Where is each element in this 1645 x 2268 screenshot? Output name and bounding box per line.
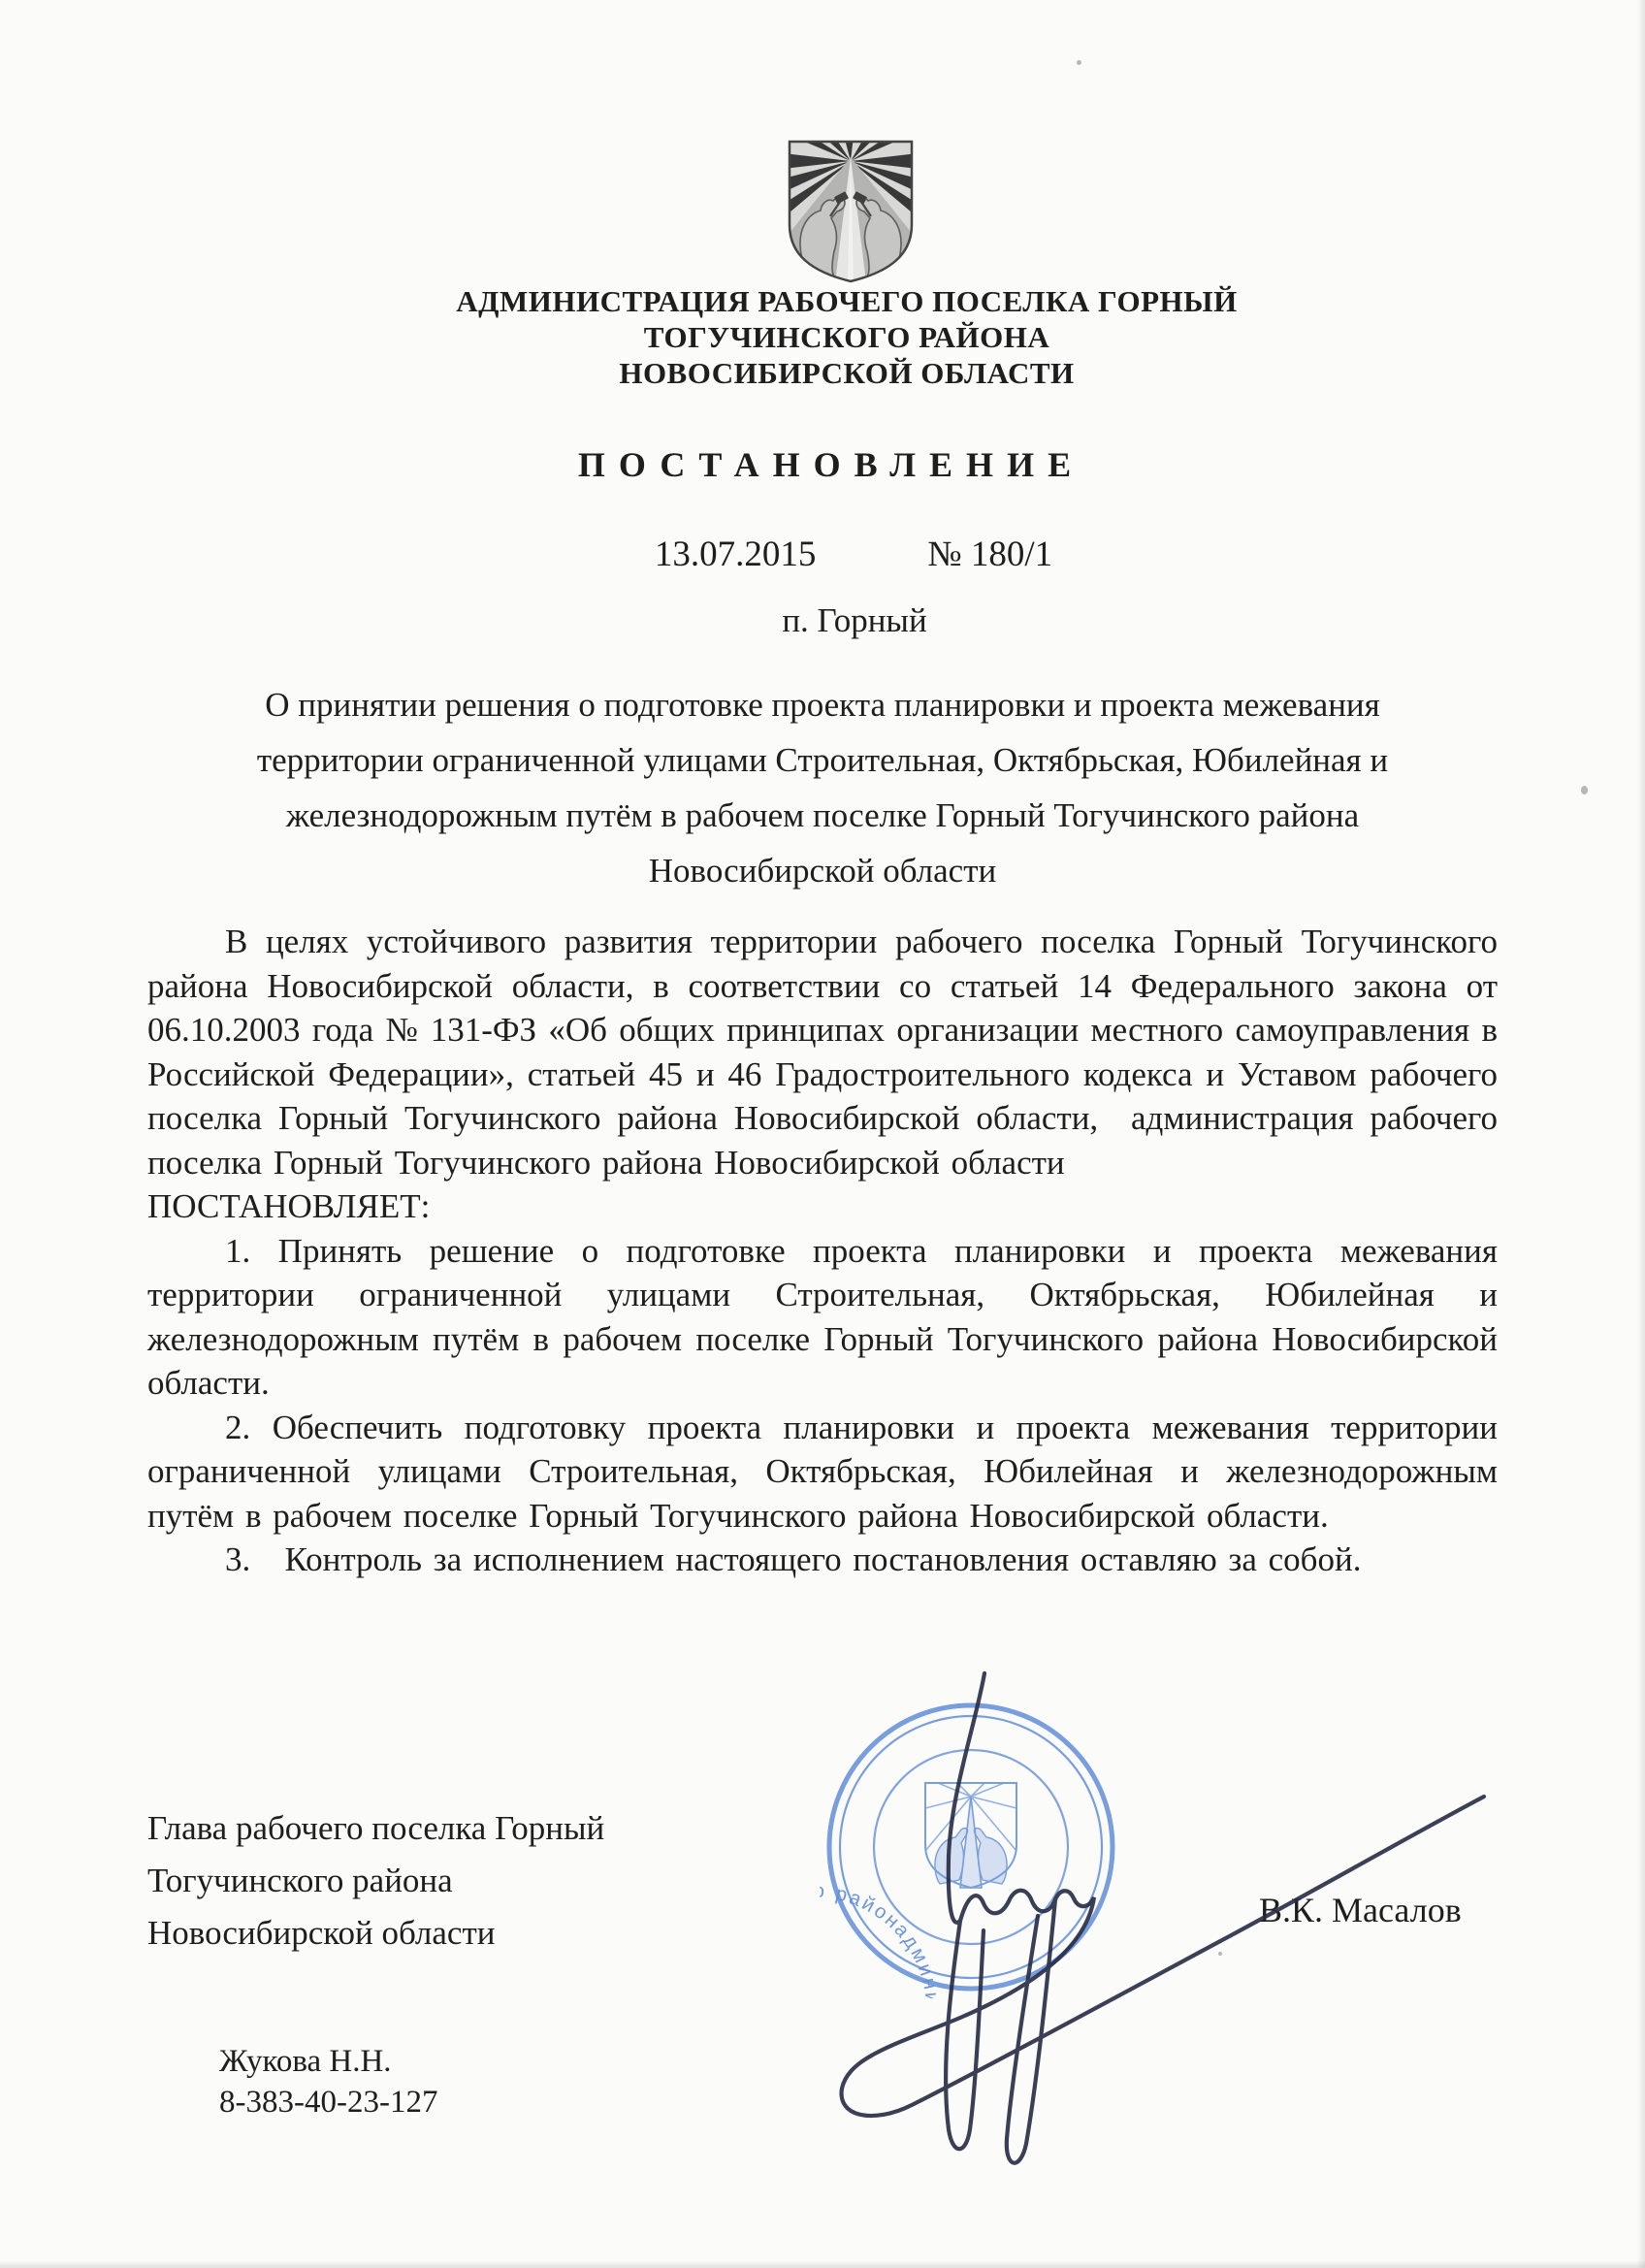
- scan-speck: [1581, 786, 1588, 794]
- document-number: № 180/1: [927, 534, 1052, 575]
- date-number-row: 13.07.2015 № 180/1: [62, 534, 1645, 575]
- preamble-paragraph: В целях устойчивого развития территории …: [147, 920, 1498, 1184]
- scan-edge-shadow-bottom: [0, 2260, 1645, 2268]
- document-title: О принятии решения о подготовке проекта …: [216, 677, 1429, 898]
- scan-speck: [1077, 60, 1081, 65]
- contact-name: Жукова Н.Н.: [219, 2041, 437, 2082]
- document-body: В целях устойчивого развития территории …: [147, 920, 1498, 1582]
- scan-speck: [1218, 1952, 1222, 1956]
- coat-of-arms-icon: [782, 136, 919, 287]
- resolution-item-3: 3. Контроль за исполнением настоящего по…: [147, 1538, 1498, 1582]
- document-type-heading: ПОСТАНОВЛЕНИЕ: [17, 444, 1645, 485]
- signer-position: Глава рабочего поселка Горный Тогучинско…: [147, 1802, 604, 1960]
- signer-position-line2: Тогучинского района: [147, 1855, 604, 1907]
- org-name-line3: НОВОСИБИРСКОЙ ОБЛАСТИ: [48, 355, 1645, 391]
- org-name-line1: АДМИНИСТРАЦИЯ РАБОЧЕГО ПОСЕЛКА ГОРНЫЙ: [48, 283, 1645, 319]
- handwritten-signature-icon: [805, 1639, 1523, 2183]
- scanned-document-page: АДМИНИСТРАЦИЯ РАБОЧЕГО ПОСЕЛКА ГОРНЫЙ ТО…: [0, 0, 1645, 2268]
- org-name-line2: ТОГУЧИНСКОГО РАЙОНА: [48, 319, 1645, 355]
- resolves-line: ПОСТАНОВЛЯЕТ:: [147, 1184, 1498, 1229]
- contact-phone: 8-383-40-23-127: [219, 2082, 437, 2122]
- scan-edge-shadow-right: [1637, 0, 1645, 2268]
- resolution-item-1: 1. Принять решение о подготовке проекта …: [147, 1229, 1498, 1406]
- document-date: 13.07.2015: [655, 534, 817, 575]
- resolution-item-2: 2. Обеспечить подготовку проекта планиро…: [147, 1406, 1498, 1539]
- document-place: п. Горный: [64, 601, 1645, 640]
- signer-position-line1: Глава рабочего поселка Горный: [147, 1802, 604, 1855]
- org-name: АДМИНИСТРАЦИЯ РАБОЧЕГО ПОСЕЛКА ГОРНЫЙ ТО…: [48, 283, 1645, 391]
- signer-position-line3: Новосибирской области: [147, 1907, 604, 1960]
- footer-contact: Жукова Н.Н. 8-383-40-23-127: [219, 2041, 437, 2122]
